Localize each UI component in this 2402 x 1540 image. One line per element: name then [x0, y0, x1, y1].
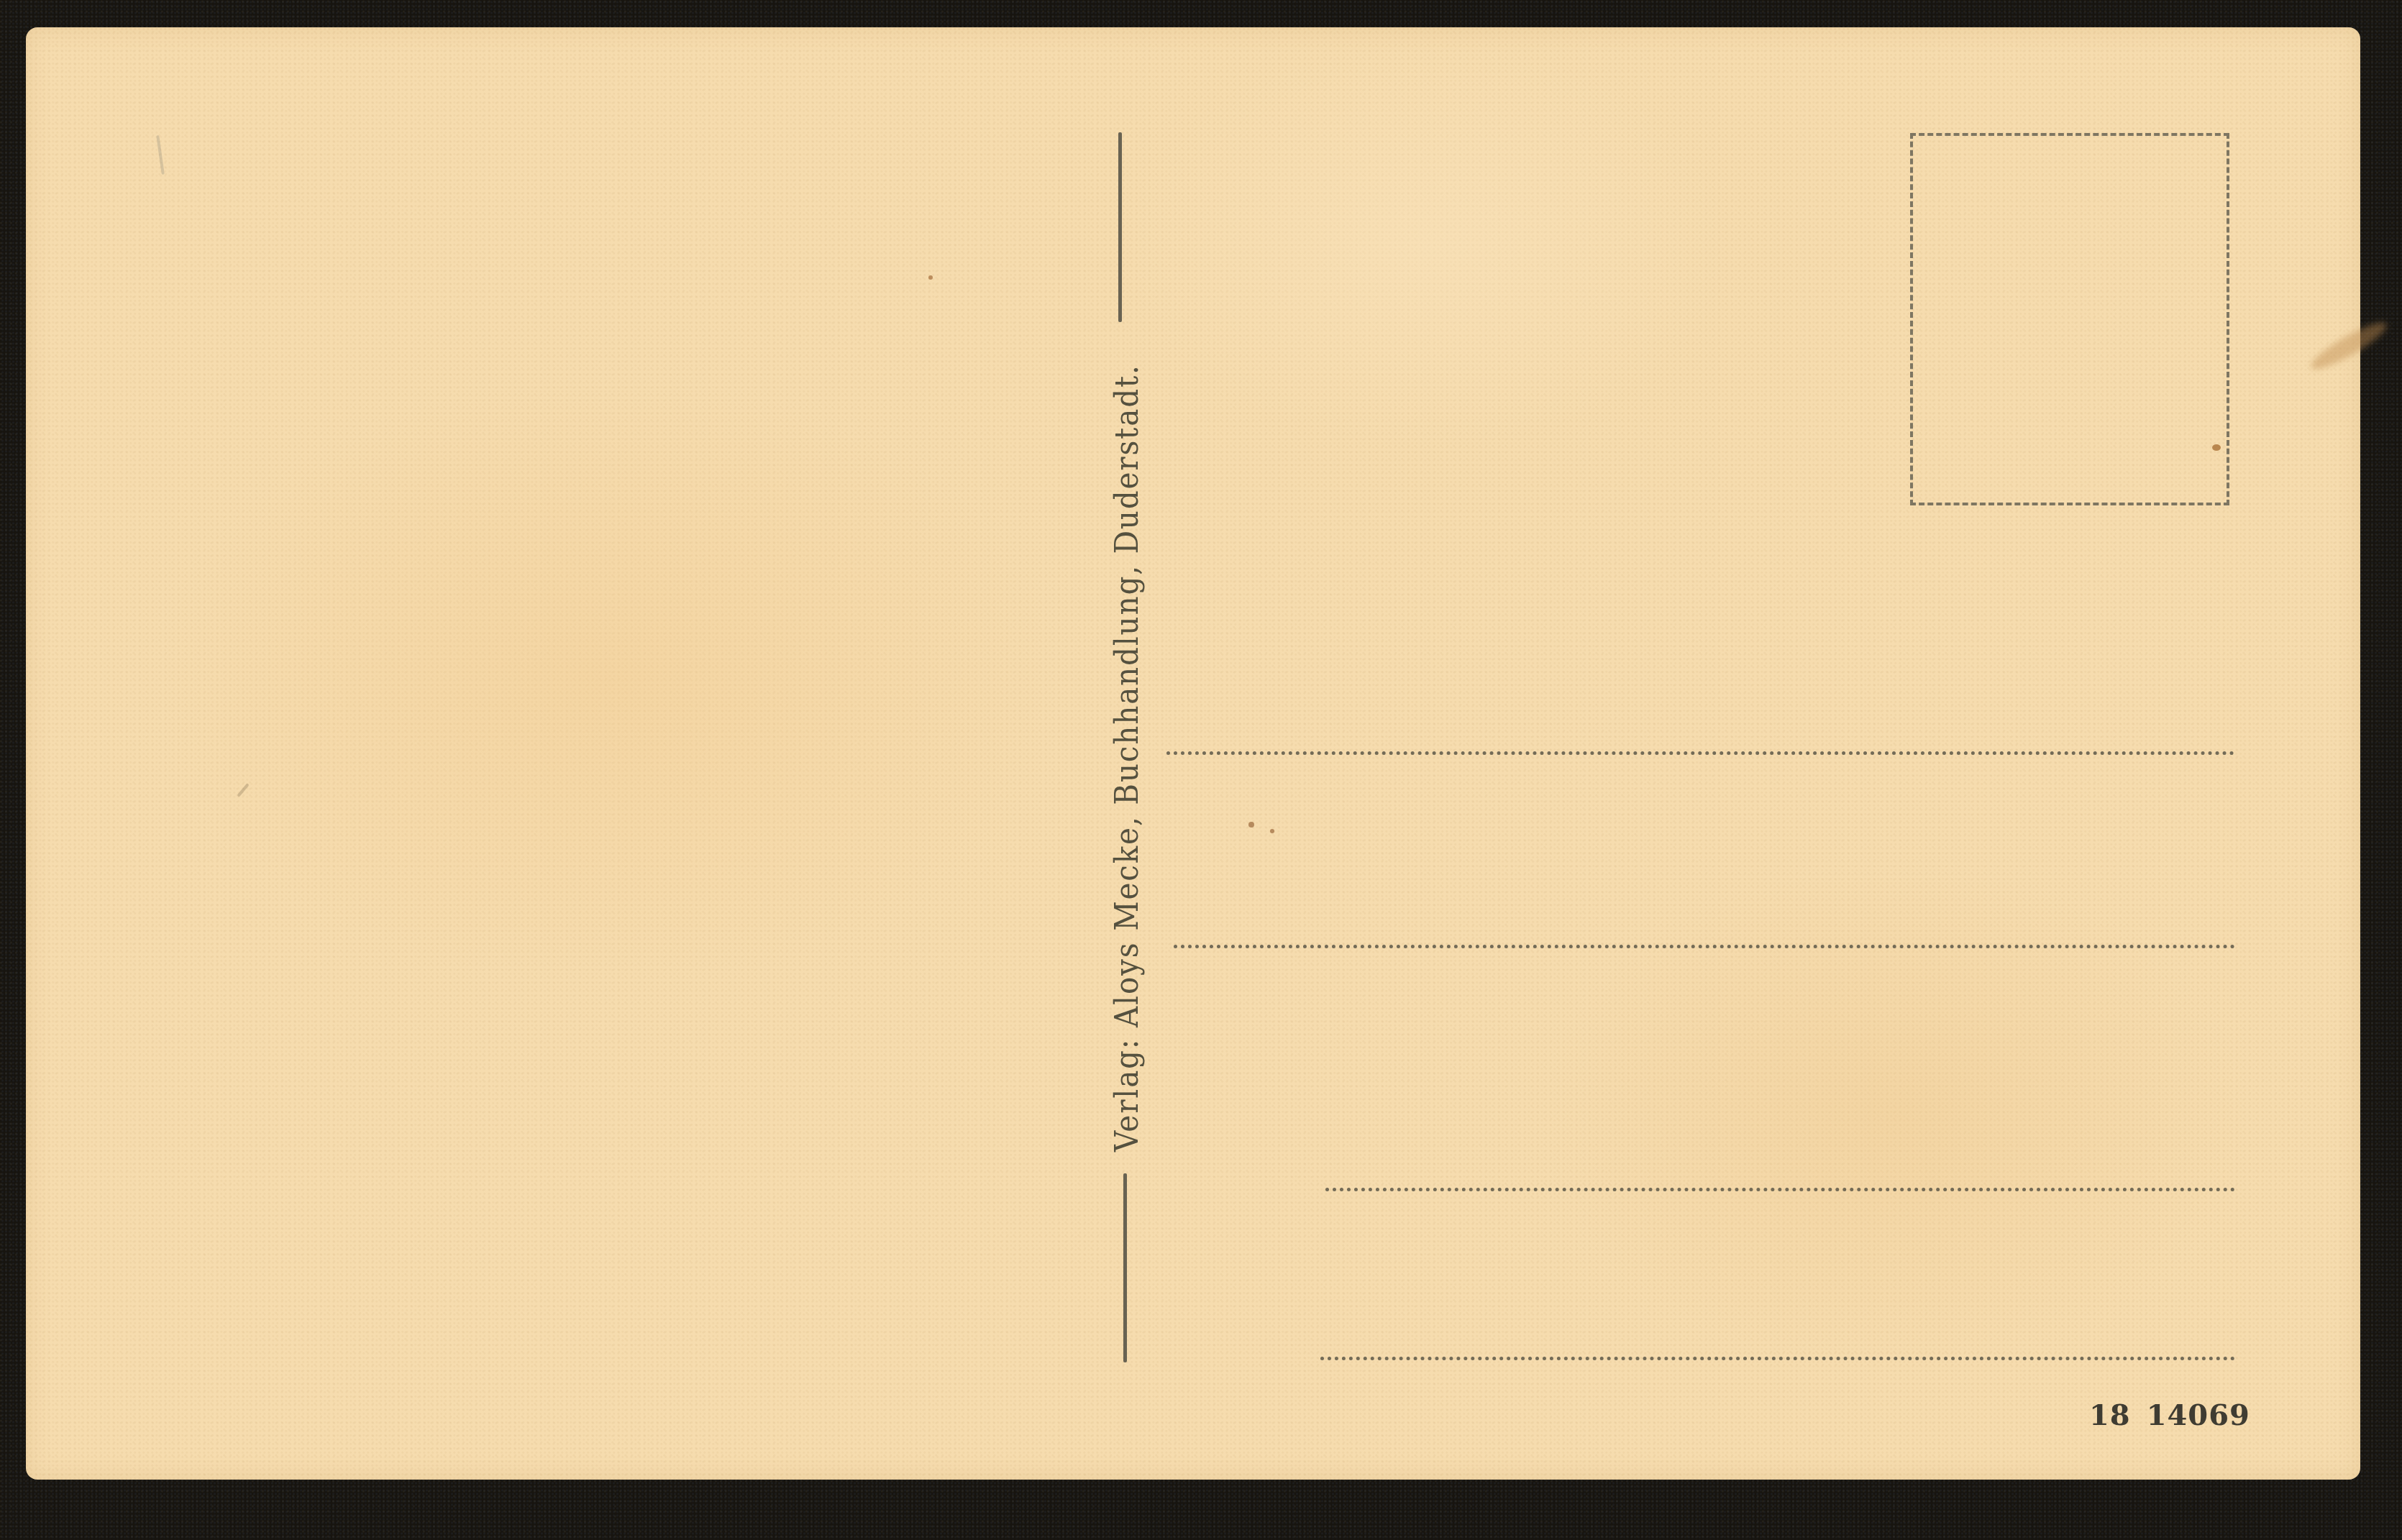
- address-line-4: [1320, 1357, 2235, 1360]
- address-line-1: [1166, 751, 2234, 755]
- publisher-imprint: Verlag: Aloys Mecke, Buchhandlung, Duder…: [1112, 295, 1143, 1152]
- address-line-2: [1174, 945, 2235, 948]
- divider-rule-top: [1118, 132, 1122, 322]
- paper-stain: [2307, 316, 2391, 376]
- paper-speck: [1248, 822, 1254, 828]
- paper-speck: [1270, 829, 1274, 833]
- paper-speck: [928, 275, 933, 280]
- paper-speck: [156, 135, 165, 175]
- paper-speck: [237, 783, 249, 797]
- stamp-box: [1910, 133, 2229, 505]
- address-line-3: [1325, 1188, 2235, 1191]
- divider-rule-bottom: [1123, 1173, 1127, 1362]
- postcard-back: Verlag: Aloys Mecke, Buchhandlung, Duder…: [26, 27, 2360, 1480]
- serial-number: 1814069: [2089, 1398, 2250, 1432]
- publisher-imprint-text: Verlag: Aloys Mecke, Buchhandlung, Duder…: [1112, 364, 1143, 1152]
- serial-prefix: 18: [2089, 1398, 2131, 1432]
- serial-value: 14069: [2147, 1398, 2250, 1432]
